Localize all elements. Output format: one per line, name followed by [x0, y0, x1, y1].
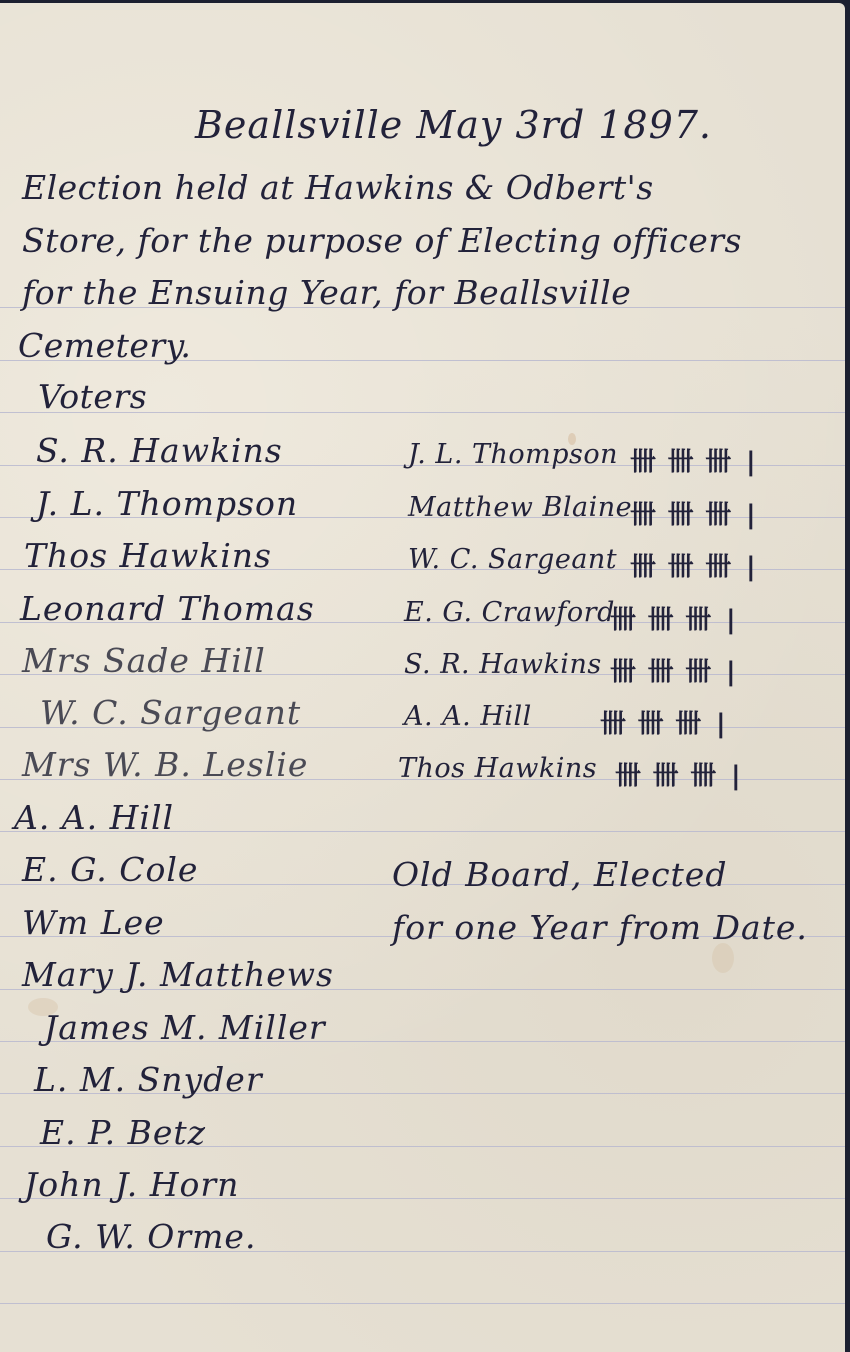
place-date-heading: Beallsville May 3rd 1897.: [195, 103, 712, 147]
voter-name: Thos Hawkins: [24, 536, 272, 575]
voter-name: E. P. Betz: [40, 1113, 206, 1152]
candidate-name: Thos Hawkins: [398, 753, 597, 784]
tally-marks: 卌 卌 卌 |: [600, 703, 727, 740]
tally-marks: 卌 卌 卌 |: [630, 546, 757, 583]
voter-name: A. A. Hill: [14, 798, 174, 837]
note-line-1: Old Board, Elected: [392, 855, 727, 894]
voter-name: Mrs Sade Hill: [22, 641, 266, 680]
voter-name: Leonard Thomas: [20, 589, 315, 628]
tally-marks: 卌 卌 卌 |: [610, 651, 737, 688]
note-line-2: for one Year from Date.: [392, 908, 808, 947]
voter-name: James M. Miller: [44, 1008, 326, 1047]
tally-marks: 卌 卌 卌 |: [615, 755, 742, 792]
candidate-name: W. C. Sargeant: [408, 544, 617, 575]
ledger-page: Beallsville May 3rd 1897. Election held …: [0, 3, 845, 1352]
candidate-name: J. L. Thompson: [408, 439, 618, 470]
tally-marks: 卌 卌 卌 |: [610, 599, 737, 636]
ruled-line: [0, 1303, 845, 1304]
voter-name: Mrs W. B. Leslie: [22, 745, 308, 784]
tally-marks: 卌 卌 卌 |: [630, 441, 757, 478]
intro-line-4: Cemetery.: [18, 326, 191, 365]
intro-line-2: Store, for the purpose of Electing offic…: [22, 221, 742, 260]
voter-name: S. R. Hawkins: [36, 431, 283, 470]
voter-name: L. M. Snyder: [34, 1060, 263, 1099]
voter-name: E. G. Cole: [22, 850, 198, 889]
voter-name: John J. Horn: [24, 1165, 239, 1204]
voters-label: Voters: [38, 377, 147, 416]
voter-name: G. W. Orme.: [46, 1217, 256, 1256]
candidate-name: E. G. Crawford: [404, 597, 615, 628]
candidate-name: A. A. Hill: [404, 701, 532, 732]
candidate-name: Matthew Blaine: [408, 492, 632, 523]
intro-line-3: for the Ensuing Year, for Beallsville: [22, 273, 631, 312]
candidate-name: S. R. Hawkins: [404, 649, 602, 680]
intro-line-1: Election held at Hawkins & Odbert's: [22, 168, 654, 207]
voter-name: W. C. Sargeant: [40, 693, 301, 732]
voter-name: Mary J. Matthews: [22, 955, 334, 994]
tally-marks: 卌 卌 卌 |: [630, 494, 757, 531]
voter-name: J. L. Thompson: [36, 484, 298, 523]
ink-stain: [712, 943, 734, 973]
voter-name: Wm Lee: [22, 903, 165, 942]
